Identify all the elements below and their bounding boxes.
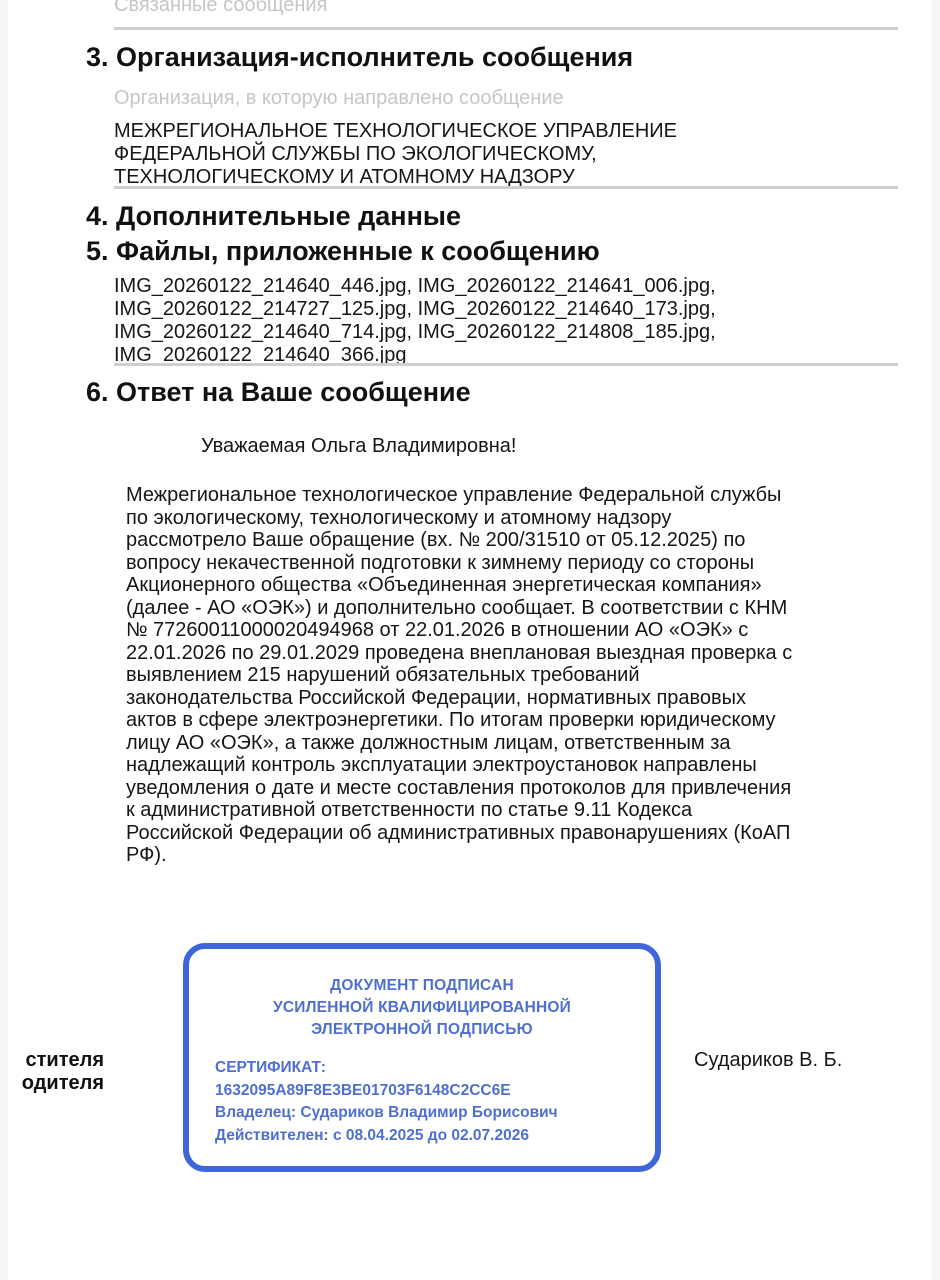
response-greeting: Уважаемая Ольга Владимировна! <box>201 434 516 458</box>
response-body-line: вопросу некачественной подготовки к зимн… <box>126 552 896 575</box>
field-underline <box>114 186 898 189</box>
stamp-title-line: УСИЛЕННОЙ КВАЛИФИЦИРОВАННОЙ <box>189 997 655 1019</box>
organization-value-line: ФЕДЕРАЛЬНОЙ СЛУЖБЫ ПО ЭКОЛОГИЧЕСКОМУ, <box>114 143 677 166</box>
attached-files-list: IMG_20260122_214640_446.jpg, IMG_2026012… <box>114 275 716 367</box>
response-body-line: Акционерного общества «Объединенная энер… <box>126 574 896 597</box>
field-underline <box>114 27 898 30</box>
file-list-line: IMG_20260122_214640_714.jpg, IMG_2026012… <box>114 321 716 344</box>
response-body-line: РФ). <box>126 844 896 867</box>
response-body-line: (далее - АО «ОЭК») и дополнительно сообщ… <box>126 597 896 620</box>
field-underline <box>114 363 898 366</box>
stamp-title-line: ДОКУМЕНТ ПОДПИСАН <box>189 975 655 997</box>
response-body-line: уведомления о дате и месте составления п… <box>126 777 896 800</box>
response-body: Межрегиональное технологическое управлен… <box>126 484 896 867</box>
response-body-line: Российской Федерации об административных… <box>126 822 896 845</box>
response-body-line: Межрегиональное технологическое управлен… <box>126 484 896 507</box>
stamp-title: ДОКУМЕНТ ПОДПИСАН УСИЛЕННОЙ КВАЛИФИЦИРОВ… <box>189 975 655 1041</box>
response-body-line: выявлением 215 нарушений обязательных тр… <box>126 664 896 687</box>
section-heading-attached-files: 5. Файлы, приложенные к сообщению <box>86 236 600 266</box>
file-list-line: IMG_20260122_214640_446.jpg, IMG_2026012… <box>114 275 716 298</box>
response-body-line: лицу АО «ОЭК», а также должностным лицам… <box>126 732 896 755</box>
response-body-line: 22.01.2026 по 29.01.2029 проведена внепл… <box>126 642 896 665</box>
section-heading-response: 6. Ответ на Ваше сообщение <box>86 377 471 407</box>
file-list-line: IMG_20260122_214727_125.jpg, IMG_2026012… <box>114 298 716 321</box>
section-heading-additional-data: 4. Дополнительные данные <box>86 201 461 231</box>
response-body-line: законодательства Российской Федерации, н… <box>126 687 896 710</box>
electronic-signature-stamp: ДОКУМЕНТ ПОДПИСАН УСИЛЕННОЙ КВАЛИФИЦИРОВ… <box>183 943 661 1172</box>
section-heading-organization: 3. Организация-исполнитель сообщения <box>86 42 633 72</box>
response-body-line: к административной ответственности по ст… <box>126 799 896 822</box>
signer-role: стителя одителя <box>0 1049 104 1095</box>
certificate-owner: Владелец: Судариков Владимир Борисович <box>215 1102 558 1125</box>
signer-name: Судариков В. Б. <box>694 1048 842 1072</box>
stamp-details: СЕРТИФИКАТ: 1632095A89F8E3BE01703F6148C2… <box>215 1057 558 1147</box>
signer-role-line: стителя <box>0 1049 104 1072</box>
signer-role-line: одителя <box>0 1072 104 1095</box>
stamp-title-line: ЭЛЕКТРОННОЙ ПОДПИСЬЮ <box>189 1019 655 1041</box>
response-body-line: № 77260011000020494968 от 22.01.2026 в о… <box>126 619 896 642</box>
response-body-line: надлежащий контроль эксплуатации электро… <box>126 754 896 777</box>
certificate-validity: Действителен: с 08.04.2025 до 02.07.2026 <box>215 1125 558 1148</box>
organization-field-label: Организация, в которую направлено сообще… <box>114 87 564 109</box>
response-body-line: актов в сфере электроэнергетики. По итог… <box>126 709 896 732</box>
response-body-line: рассмотрело Ваше обращение (вх. № 200/31… <box>126 529 896 552</box>
organization-value-line: МЕЖРЕГИОНАЛЬНОЕ ТЕХНОЛОГИЧЕСКОЕ УПРАВЛЕН… <box>114 120 677 143</box>
related-messages-label: Связанные сообщения <box>114 0 327 16</box>
organization-value: МЕЖРЕГИОНАЛЬНОЕ ТЕХНОЛОГИЧЕСКОЕ УПРАВЛЕН… <box>114 120 677 189</box>
certificate-label: СЕРТИФИКАТ: <box>215 1057 558 1080</box>
response-body-line: по экологическому, технологическому и ат… <box>126 507 896 530</box>
certificate-id: 1632095A89F8E3BE01703F6148C2CC6E <box>215 1080 558 1103</box>
